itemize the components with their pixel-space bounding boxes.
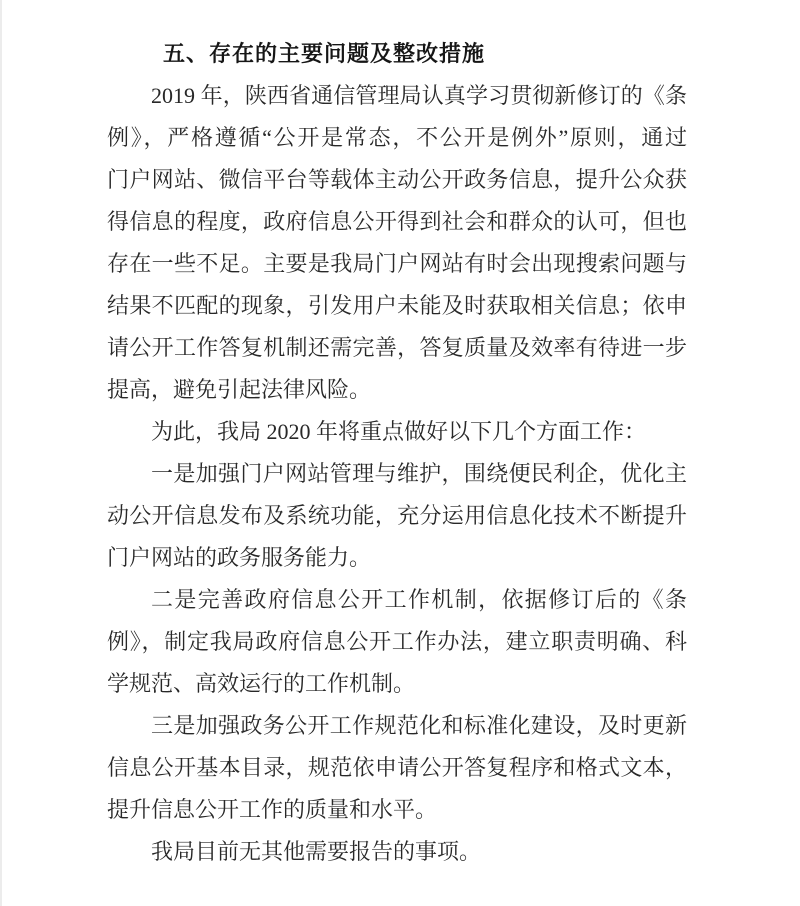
- document-line: 得信息的程度，政府信息公开得到社会和群众的认可，但也: [107, 201, 687, 243]
- document-body: 五、存在的主要问题及整改措施 2019 年，陕西省通信管理局认真学习贯彻新修订的…: [107, 33, 687, 873]
- document-line: 门户网站的政务服务能力。: [107, 537, 687, 579]
- document-line: 请公开工作答复机制还需完善，答复质量及效率有待进一步: [107, 327, 687, 369]
- document-line: 提高，避免引起法律风险。: [107, 369, 687, 411]
- document-line: 例》，严格遵循“公开是常态，不公开是例外”原则，通过: [107, 117, 687, 159]
- document-line: 门户网站、微信平台等载体主动公开政务信息，提升公众获: [107, 159, 687, 201]
- document-line: 一是加强门户网站管理与维护，围绕便民利企，优化主: [107, 453, 687, 495]
- document-line: 动公开信息发布及系统功能，充分运用信息化技术不断提升: [107, 495, 687, 537]
- document-line: 2019 年，陕西省通信管理局认真学习贯彻新修订的《条: [107, 75, 687, 117]
- document-canvas: { "page": { "background": "#ffffff", "te…: [0, 0, 800, 906]
- document-line: 学规范、高效运行的工作机制。: [107, 663, 687, 705]
- document-line: 例》，制定我局政府信息公开工作办法，建立职责明确、科: [107, 621, 687, 663]
- document-line: 我局目前无其他需要报告的事项。: [107, 831, 687, 873]
- document-line: 信息公开基本目录，规范依申请公开答复程序和格式文本，: [107, 747, 687, 789]
- section-heading: 五、存在的主要问题及整改措施: [107, 33, 687, 75]
- document-line: 为此，我局 2020 年将重点做好以下几个方面工作：: [107, 411, 687, 453]
- document-line: 提升信息公开工作的质量和水平。: [107, 789, 687, 831]
- document-line: 存在一些不足。主要是我局门户网站有时会出现搜索问题与: [107, 243, 687, 285]
- document-line: 三是加强政务公开工作规范化和标准化建设，及时更新: [107, 705, 687, 747]
- document-line: 结果不匹配的现象，引发用户未能及时获取相关信息；依申: [107, 285, 687, 327]
- document-line: 二是完善政府信息公开工作机制，依据修订后的《条: [107, 579, 687, 621]
- page-left-edge: [0, 0, 2, 906]
